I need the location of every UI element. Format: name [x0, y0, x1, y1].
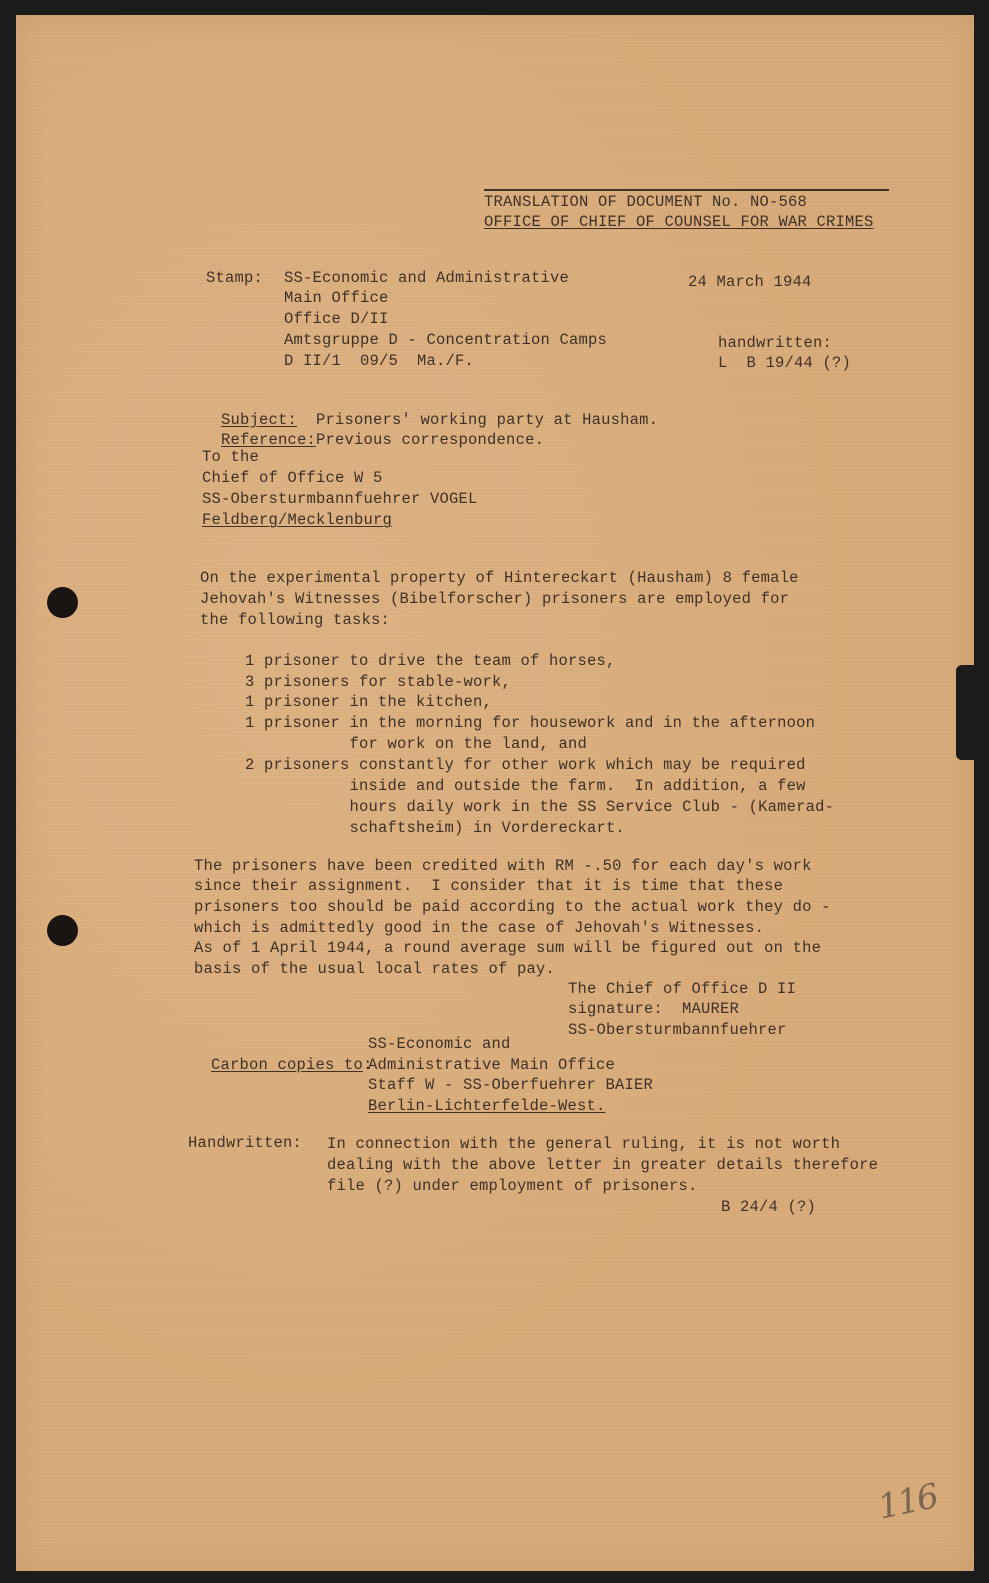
body-line: prisoners too should be paid according t…	[194, 897, 831, 918]
task-item: 1 prisoner in the kitchen,	[245, 692, 492, 713]
page-edge-tear	[956, 665, 976, 760]
body-line: the following tasks:	[200, 610, 390, 631]
task-item: schaftsheim) in Vordereckart.	[245, 818, 625, 839]
stamp-line: Amtsgruppe D - Concentration Camps	[284, 330, 607, 351]
handwritten-note-label: Handwritten:	[188, 1133, 302, 1154]
handwritten-note-line: dealing with the above letter in greater…	[327, 1155, 878, 1176]
document-date: 24 March 1944	[688, 272, 812, 293]
handwritten-note-ref: B 24/4 (?)	[721, 1197, 816, 1218]
carbon-copy-line: SS-Economic and	[368, 1034, 511, 1055]
body-line: The prisoners have been credited with RM…	[194, 856, 812, 877]
handwritten-note-line: file (?) under employment of prisoners.	[327, 1176, 698, 1197]
task-item: 3 prisoners for stable-work,	[245, 672, 511, 693]
stamp-line: D II/1 09/5 Ma./F.	[284, 351, 474, 372]
signature-line: signature: MAURER	[568, 999, 739, 1020]
header-top-rule	[484, 189, 889, 191]
stamp-line: Office D/II	[284, 309, 389, 330]
body-line: which is admittedly good in the case of …	[194, 918, 764, 939]
body-line: As of 1 April 1944, a round average sum …	[194, 938, 821, 959]
task-item: inside and outside the farm. In addition…	[245, 776, 806, 797]
task-item: for work on the land, and	[245, 734, 587, 755]
signature-line: The Chief of Office D II	[568, 979, 796, 1000]
carbon-copy-location: Berlin-Lichterfelde-West.	[368, 1096, 606, 1117]
reference-value: Previous correspondence.	[316, 431, 544, 449]
handwritten-label: handwritten:	[718, 333, 832, 354]
punch-hole-bottom	[47, 915, 78, 946]
task-item: 2 prisoners constantly for other work wh…	[245, 755, 806, 776]
carbon-copies-label: Carbon copies to	[211, 1056, 363, 1074]
recipient-location: Feldberg/Mecklenburg	[202, 510, 392, 531]
task-item: 1 prisoner to drive the team of horses,	[245, 651, 616, 672]
signature-line: SS-Obersturmbannfuehrer	[568, 1020, 787, 1041]
recipient-line: Chief of Office W 5	[202, 468, 383, 489]
carbon-copy-line: Staff W - SS-Oberfuehrer BAIER	[368, 1075, 653, 1096]
stamp-line: Main Office	[284, 288, 389, 309]
punch-hole-top	[47, 587, 78, 618]
body-line: On the experimental property of Hinterec…	[200, 568, 799, 589]
carbon-copy-line: Administrative Main Office	[368, 1055, 615, 1076]
handwritten-note-line: In connection with the general ruling, i…	[327, 1134, 840, 1155]
stamp-label: Stamp:	[206, 268, 263, 289]
body-line: since their assignment. I consider that …	[194, 876, 783, 897]
recipient-line: SS-Obersturmbannfuehrer VOGEL	[202, 489, 478, 510]
stamp-line: SS-Economic and Administrative	[284, 268, 569, 289]
task-item: hours daily work in the SS Service Club …	[245, 797, 834, 818]
body-line: basis of the usual local rates of pay.	[194, 959, 555, 980]
header-line-1: TRANSLATION OF DOCUMENT No. NO-568	[484, 192, 807, 213]
handwritten-ref: L B 19/44 (?)	[718, 353, 851, 374]
recipient-line: To the	[202, 447, 259, 468]
header-line-2: OFFICE OF CHIEF OF COUNSEL FOR WAR CRIME…	[484, 212, 874, 233]
body-line: Jehovah's Witnesses (Bibelforscher) pris…	[200, 589, 789, 610]
task-item: 1 prisoner in the morning for housework …	[245, 713, 815, 734]
